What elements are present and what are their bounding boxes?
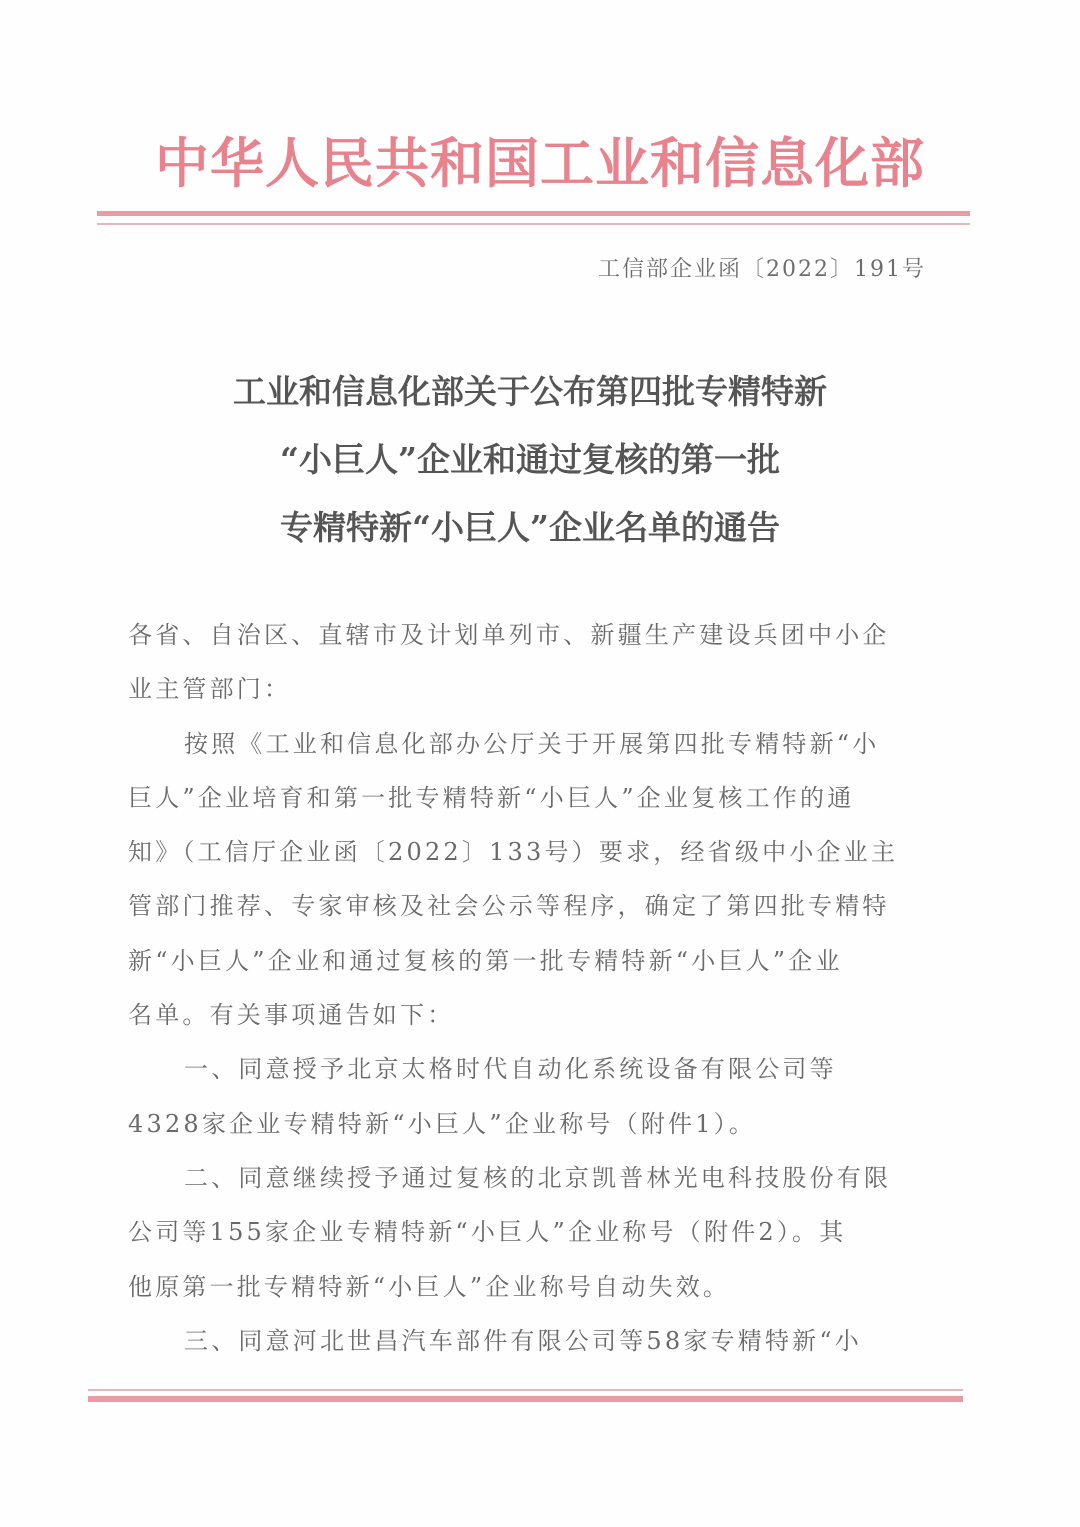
- body-line: 按照《工业和信息化部办公厅关于开展第四批专精特新“小: [128, 717, 928, 771]
- body-line: 知》（工信厅企业函〔2022〕133号）要求，经省级中小企业主: [128, 825, 928, 879]
- document-title: 工业和信息化部关于公布第四批专精特新 “小巨人”企业和通过复核的第一批 专精特新…: [130, 358, 930, 562]
- body-line: 巨人”企业培育和第一批专精特新“小巨人”企业复核工作的通: [128, 771, 928, 825]
- footer-rule-thin: [88, 1389, 963, 1391]
- item-two-line: 二、同意继续授予通过复核的北京凯普林光电科技股份有限: [128, 1151, 928, 1205]
- item-two-line: 公司等155家企业专精特新“小巨人”企业称号（附件2）。其: [128, 1205, 928, 1259]
- item-two-line: 他原第一批专精特新“小巨人”企业称号自动失效。: [128, 1260, 928, 1314]
- body-line: 新“小巨人”企业和通过复核的第一批专精特新“小巨人”企业: [128, 934, 928, 988]
- title-line: 工业和信息化部关于公布第四批专精特新: [130, 358, 930, 426]
- document-body: 各省、自治区、直辖市及计划单列市、新疆生产建设兵团中小企 业主管部门： 按照《工…: [128, 608, 928, 1368]
- addressee-line: 各省、自治区、直辖市及计划单列市、新疆生产建设兵团中小企: [128, 608, 928, 662]
- body-line: 管部门推荐、专家审核及社会公示等程序，确定了第四批专精特: [128, 879, 928, 933]
- document-page: 中华人民共和国工业和信息化部 工信部企业函〔2022〕191号 工业和信息化部关…: [0, 0, 1080, 1527]
- item-three-line: 三、同意河北世昌汽车部件有限公司等58家专精特新“小: [128, 1314, 928, 1368]
- item-one-line: 4328家企业专精特新“小巨人”企业称号（附件1）。: [128, 1097, 928, 1151]
- footer-rule-thick: [88, 1396, 963, 1402]
- document-number: 工信部企业函〔2022〕191号: [598, 252, 926, 283]
- item-one-line: 一、同意授予北京太格时代自动化系统设备有限公司等: [128, 1042, 928, 1096]
- body-line: 名单。有关事项通告如下：: [128, 988, 928, 1042]
- masthead-title: 中华人民共和国工业和信息化部: [130, 128, 950, 198]
- title-line: 专精特新“小巨人”企业名单的通告: [130, 494, 930, 562]
- header-rule-thick: [97, 211, 970, 216]
- title-line: “小巨人”企业和通过复核的第一批: [130, 426, 930, 494]
- header-rule-thin: [97, 223, 970, 225]
- addressee-line: 业主管部门：: [128, 662, 928, 716]
